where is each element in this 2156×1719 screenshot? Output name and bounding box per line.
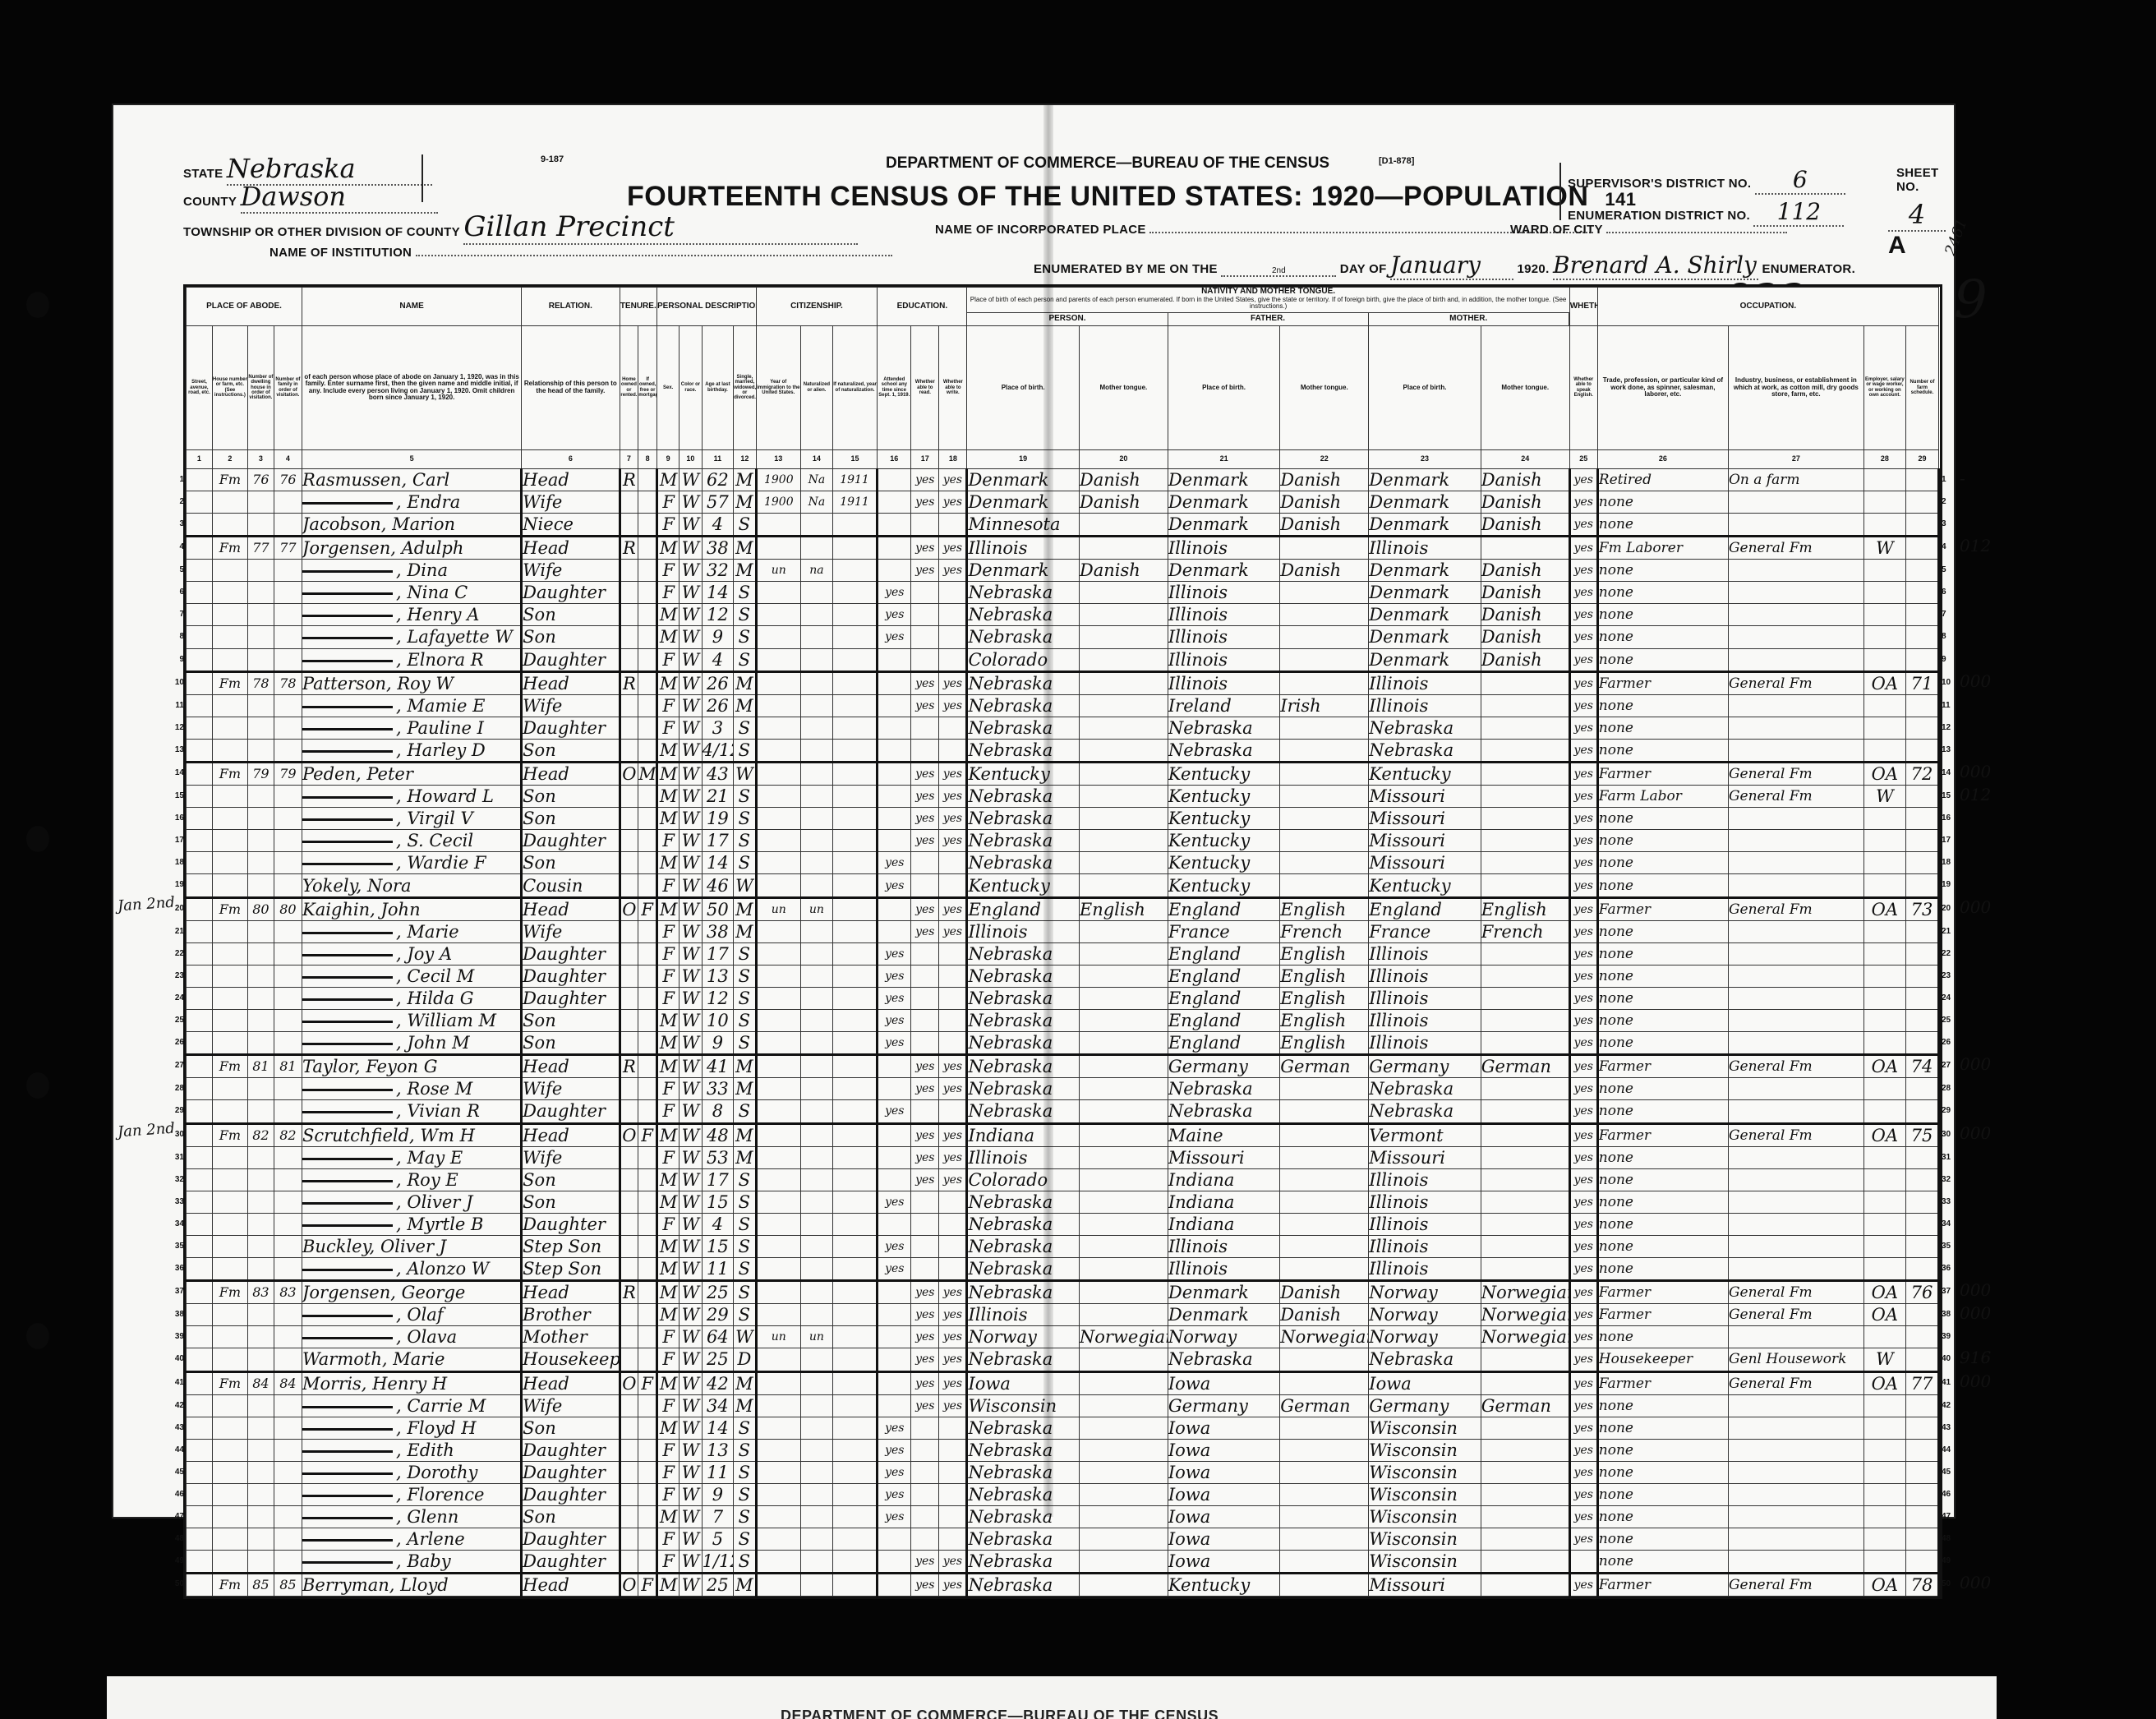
- mtongue-cell: Norwegian: [1481, 1281, 1569, 1304]
- owned-cell: [620, 1304, 638, 1326]
- surname: Jacobson,: [302, 514, 392, 534]
- mpob-cell: Illinois: [1369, 537, 1481, 560]
- industry-cell: [1728, 717, 1863, 739]
- ditto-mark: [302, 1517, 393, 1519]
- name-cell: , Rose M: [302, 1078, 522, 1100]
- mtongue-cell: [1481, 808, 1569, 830]
- given-name: Harley D: [407, 740, 485, 760]
- farm-cell: [1905, 920, 1938, 942]
- age-cell: 7: [702, 1506, 734, 1528]
- given-name: Marion: [392, 514, 455, 534]
- relation-cell: Wife: [522, 694, 620, 717]
- street-cell: [187, 1235, 213, 1257]
- district-box: Supervisor's District No. 6 Enumeration …: [1559, 163, 1939, 220]
- marital-cell: S: [734, 648, 756, 671]
- ftongue-cell: [1280, 1484, 1369, 1506]
- english-cell: yes: [1569, 694, 1597, 717]
- farm-cell: [1905, 1235, 1938, 1257]
- name-cell: , Glenn: [302, 1506, 522, 1528]
- read-cell: yes: [911, 1055, 939, 1078]
- street-cell: [187, 965, 213, 987]
- pob-cell: Nebraska: [967, 786, 1079, 808]
- age-cell: 8: [702, 1100, 734, 1123]
- english-cell: [1569, 1551, 1597, 1574]
- ftongue-cell: [1280, 1258, 1369, 1281]
- line-number-right: 38: [1942, 1310, 1958, 1319]
- given-name: William M: [407, 1011, 496, 1030]
- ditto-mark: [302, 1180, 393, 1182]
- nat-cell: [801, 1528, 833, 1551]
- write-cell: yes: [939, 491, 967, 513]
- immig-cell: [756, 1528, 801, 1551]
- mpob-cell: Illinois: [1369, 1032, 1481, 1055]
- mortgage-cell: [638, 582, 657, 604]
- street-cell: [187, 763, 213, 786]
- mpob-cell: Denmark: [1369, 582, 1481, 604]
- surname: Morris,: [302, 1374, 372, 1394]
- mortgage-cell: [638, 560, 657, 582]
- fpob-cell: Illinois: [1168, 1258, 1279, 1281]
- trade-cell: none: [1597, 1146, 1728, 1168]
- fpob-cell: Kentucky: [1168, 763, 1279, 786]
- mpob-cell: Illinois: [1369, 694, 1481, 717]
- mortgage-cell: [638, 671, 657, 694]
- immig-cell: [756, 1258, 801, 1281]
- dwelling-cell: [248, 874, 274, 897]
- street-cell: [187, 1168, 213, 1191]
- census-row: Warmoth, MarieHousekeeperFW25DyesyesNebr…: [187, 1348, 1939, 1371]
- divider: [422, 154, 423, 202]
- ditto-mark: [302, 637, 393, 639]
- line-number-left: 39: [173, 1332, 184, 1341]
- pob-cell: Nebraska: [967, 1032, 1079, 1055]
- sex-cell: M: [657, 604, 680, 626]
- read-cell: [911, 1235, 939, 1257]
- english-cell: yes: [1569, 830, 1597, 852]
- mpob-cell: Wisconsin: [1369, 1439, 1481, 1461]
- line-number-right: 24: [1942, 993, 1958, 1002]
- marital-cell: W: [734, 874, 756, 897]
- fpob-cell: Iowa: [1168, 1506, 1279, 1528]
- read-cell: yes: [911, 830, 939, 852]
- employ-cell: [1863, 739, 1905, 762]
- name-cell: Buckley, Oliver J: [302, 1235, 522, 1257]
- age-cell: 38: [702, 537, 734, 560]
- street-cell: [187, 626, 213, 648]
- trade-cell: none: [1597, 1417, 1728, 1439]
- mortgage-cell: [638, 468, 657, 491]
- immig-cell: [756, 965, 801, 987]
- read-cell: yes: [911, 786, 939, 808]
- sex-cell: M: [657, 1281, 680, 1304]
- mortgage-cell: [638, 739, 657, 762]
- farm-cell: [1905, 604, 1938, 626]
- dwelling-cell: [248, 1146, 274, 1168]
- employ-cell: OA: [1863, 1304, 1905, 1326]
- farm-cell: [1905, 1191, 1938, 1213]
- comma: ,: [396, 809, 407, 828]
- tongue-cell: [1079, 582, 1168, 604]
- line-number-right: 7: [1942, 610, 1958, 619]
- name-cell: Kaighin, John: [302, 897, 522, 920]
- abode-cell: [212, 626, 247, 648]
- fpob-cell: England: [1168, 1032, 1279, 1055]
- age-cell: 14: [702, 1417, 734, 1439]
- column-number: 14: [801, 449, 833, 468]
- mtongue-cell: [1481, 1032, 1569, 1055]
- census-row: , Pauline IDaughterFW3SNebraskaNebraskaN…: [187, 717, 1939, 739]
- race-cell: W: [680, 717, 702, 739]
- abode-cell: [212, 739, 247, 762]
- english-cell: yes: [1569, 1055, 1597, 1078]
- nat-cell: [801, 942, 833, 965]
- mortgage-cell: [638, 1235, 657, 1257]
- tongue-cell: [1079, 920, 1168, 942]
- school-cell: yes: [878, 852, 911, 874]
- census-title: FOURTEENTH CENSUS OF THE UNITED STATES: …: [627, 181, 1637, 213]
- form-number: 9-187: [541, 154, 564, 164]
- street-cell: [187, 1461, 213, 1483]
- race-cell: W: [680, 830, 702, 852]
- owned-cell: [620, 560, 638, 582]
- nat-cell: [801, 582, 833, 604]
- trade-cell: Fm Laborer: [1597, 537, 1728, 560]
- english-cell: yes: [1569, 491, 1597, 513]
- column-group-header: RELATION.: [522, 288, 620, 326]
- street-cell: [187, 1078, 213, 1100]
- dwelling-cell: [248, 1439, 274, 1461]
- owned-cell: [620, 1258, 638, 1281]
- read-cell: yes: [911, 808, 939, 830]
- line-number-left: 35: [173, 1242, 184, 1251]
- fpob-cell: Denmark: [1168, 513, 1279, 536]
- comma: ,: [396, 1192, 407, 1212]
- mpob-cell: Kentucky: [1369, 763, 1481, 786]
- sex-cell: M: [657, 763, 680, 786]
- ditto-mark: [302, 863, 393, 865]
- column-group-header: NATIVITY AND MOTHER TONGUE.Place of birt…: [967, 288, 1569, 326]
- column-group-header: PERSONAL DESCRIPTION.: [657, 288, 757, 326]
- sex-cell: F: [657, 1461, 680, 1483]
- marital-cell: S: [734, 987, 756, 1009]
- age-cell: 9: [702, 626, 734, 648]
- write-cell: [939, 739, 967, 762]
- comma: ,: [396, 605, 407, 624]
- nat-cell: [801, 739, 833, 762]
- given-name: Roy E: [407, 1170, 458, 1190]
- age-cell: 13: [702, 965, 734, 987]
- column-header: Employer, salary or wage worker, or work…: [1863, 325, 1905, 449]
- dwelling-cell: [248, 808, 274, 830]
- line-number-right: 22: [1942, 949, 1958, 958]
- nativity-heading: NATIVITY AND MOTHER TONGUE.: [967, 288, 1569, 297]
- marital-cell: S: [734, 1010, 756, 1032]
- write-cell: [939, 1100, 967, 1123]
- mpob-cell: Wisconsin: [1369, 1528, 1481, 1551]
- comma: ,: [396, 560, 407, 580]
- industry-cell: [1728, 1168, 1863, 1191]
- employ-cell: W: [1863, 537, 1905, 560]
- sex-cell: F: [657, 965, 680, 987]
- trade-cell: none: [1597, 1528, 1728, 1551]
- employ-cell: [1863, 1010, 1905, 1032]
- industry-cell: [1728, 852, 1863, 874]
- race-cell: W: [680, 1528, 702, 1551]
- farm-cell: [1905, 1461, 1938, 1483]
- tongue-cell: [1079, 1304, 1168, 1326]
- given-name: Carl: [412, 470, 449, 490]
- line-number-right: 32: [1942, 1175, 1958, 1184]
- occupation-code: 916: [1960, 1348, 1991, 1367]
- name-cell: , John M: [302, 1032, 522, 1055]
- write-cell: yes: [939, 1304, 967, 1326]
- age-cell: 64: [702, 1326, 734, 1348]
- dwelling-cell: 82: [248, 1123, 274, 1146]
- pob-cell: Nebraska: [967, 1191, 1079, 1213]
- employ-cell: [1863, 987, 1905, 1009]
- dwelling-cell: [248, 852, 274, 874]
- line-number-right: 17: [1942, 836, 1958, 845]
- industry-cell: On a farm: [1728, 468, 1863, 491]
- mtongue-cell: [1481, 537, 1569, 560]
- sex-cell: F: [657, 830, 680, 852]
- column-number: 8: [638, 449, 657, 468]
- pob-cell: Nebraska: [967, 1100, 1079, 1123]
- column-header: Mother tongue.: [1280, 325, 1369, 449]
- mtongue-cell: [1481, 1010, 1569, 1032]
- ftongue-cell: Danish: [1280, 491, 1369, 513]
- immig-cell: [756, 513, 801, 536]
- trade-cell: none: [1597, 1484, 1728, 1506]
- relation-cell: Daughter: [522, 965, 620, 987]
- natyear-cell: [832, 763, 878, 786]
- farm-cell: 78: [1905, 1574, 1938, 1597]
- marital-cell: S: [734, 1258, 756, 1281]
- column-group-header: WHETHER ABLE TO SPEAK ENGLISH.: [1569, 288, 1597, 326]
- english-cell: yes: [1569, 1078, 1597, 1100]
- sex-cell: F: [657, 1348, 680, 1371]
- write-cell: [939, 1213, 967, 1235]
- tongue-cell: Norwegian: [1079, 1326, 1168, 1348]
- industry-cell: [1728, 626, 1863, 648]
- mtongue-cell: Danish: [1481, 468, 1569, 491]
- fpob-cell: Denmark: [1168, 1281, 1279, 1304]
- abode-cell: Fm: [212, 1371, 247, 1394]
- owned-cell: [620, 1146, 638, 1168]
- race-cell: W: [680, 1100, 702, 1123]
- census-row: , Roy ESonMW17SyesyesColoradoIndianaIlli…: [187, 1168, 1939, 1191]
- race-cell: W: [680, 1235, 702, 1257]
- name-cell: Berryman, Lloyd: [302, 1574, 522, 1597]
- marital-cell: S: [734, 1461, 756, 1483]
- mortgage-cell: [638, 1055, 657, 1078]
- mpob-cell: Iowa: [1369, 1371, 1481, 1394]
- english-cell: yes: [1569, 648, 1597, 671]
- tongue-cell: [1079, 1528, 1168, 1551]
- ditto-mark: [302, 954, 393, 956]
- english-cell: yes: [1569, 1235, 1597, 1257]
- sex-cell: F: [657, 1484, 680, 1506]
- fpob-cell: England: [1168, 987, 1279, 1009]
- family-cell: 82: [274, 1123, 302, 1146]
- mortgage-cell: [638, 852, 657, 874]
- family-cell: [274, 1461, 302, 1483]
- name-cell: Jorgensen, Adulph: [302, 537, 522, 560]
- column-header: Home owned or rented.: [620, 325, 638, 449]
- family-cell: 83: [274, 1281, 302, 1304]
- line-number-right: 15: [1942, 791, 1958, 800]
- fpob-cell: England: [1168, 965, 1279, 987]
- census-row: Fm8484Morris, Henry HHeadOFMW42MyesyesIo…: [187, 1371, 1939, 1394]
- dwelling-cell: [248, 1461, 274, 1483]
- mtongue-cell: [1481, 852, 1569, 874]
- abode-cell: [212, 513, 247, 536]
- ftongue-cell: English: [1280, 987, 1369, 1009]
- english-cell: yes: [1569, 1371, 1597, 1394]
- school-cell: yes: [878, 1032, 911, 1055]
- street-cell: [187, 1304, 213, 1326]
- owned-cell: [620, 626, 638, 648]
- column-header: Whether able to speak English.: [1569, 325, 1597, 449]
- given-name: Floyd H: [407, 1418, 476, 1438]
- natyear-cell: [832, 1461, 878, 1483]
- family-cell: [274, 1506, 302, 1528]
- farm-cell: [1905, 987, 1938, 1009]
- relation-cell: Daughter: [522, 717, 620, 739]
- comma: ,: [396, 1259, 407, 1279]
- abode-cell: [212, 1484, 247, 1506]
- abode-cell: [212, 1100, 247, 1123]
- nat-cell: [801, 1281, 833, 1304]
- abode-cell: [212, 1439, 247, 1461]
- natyear-cell: [832, 560, 878, 582]
- ftongue-cell: [1280, 1100, 1369, 1123]
- natyear-cell: [832, 604, 878, 626]
- owned-cell: [620, 1100, 638, 1123]
- column-header: Number of family in order of visitation.: [274, 325, 302, 449]
- ditto-mark: [302, 592, 393, 595]
- marital-cell: S: [734, 1213, 756, 1235]
- fpob-cell: Norway: [1168, 1326, 1279, 1348]
- write-cell: [939, 1461, 967, 1483]
- relation-cell: Step Son: [522, 1235, 620, 1257]
- industry-cell: [1728, 648, 1863, 671]
- trade-cell: none: [1597, 1078, 1728, 1100]
- census-row: , Joy ADaughterFW17SyesNebraskaEnglandEn…: [187, 942, 1939, 965]
- column-header-row: Street, avenue, road, etc.House number o…: [187, 325, 1939, 449]
- census-row: Fm7878Patterson, Roy WHeadRMW26MyesyesNe…: [187, 671, 1939, 694]
- dwelling-cell: [248, 648, 274, 671]
- mtongue-cell: [1481, 1528, 1569, 1551]
- read-cell: yes: [911, 1168, 939, 1191]
- race-cell: W: [680, 582, 702, 604]
- trade-cell: none: [1597, 1551, 1728, 1574]
- street-cell: [187, 1574, 213, 1597]
- census-row: , Vivian RDaughterFW8SyesNebraskaNebrask…: [187, 1100, 1939, 1123]
- sex-cell: F: [657, 582, 680, 604]
- tongue-cell: [1079, 1123, 1168, 1146]
- read-cell: yes: [911, 671, 939, 694]
- line-number-left: 17: [173, 836, 184, 845]
- line-number-left: 11: [173, 701, 184, 710]
- read-cell: yes: [911, 763, 939, 786]
- mpob-cell: Missouri: [1369, 830, 1481, 852]
- census-row: , Harley DSonMW4/12SNebraskaNebraskaNebr…: [187, 739, 1939, 762]
- sex-cell: F: [657, 942, 680, 965]
- family-cell: 84: [274, 1371, 302, 1394]
- fpob-cell: Nebraska: [1168, 739, 1279, 762]
- write-cell: [939, 942, 967, 965]
- relation-cell: Head: [522, 897, 620, 920]
- census-row: , Elnora RDaughterFW4SColoradoIllinoisDe…: [187, 648, 1939, 671]
- age-cell: 15: [702, 1235, 734, 1257]
- industry-cell: [1728, 1235, 1863, 1257]
- dwelling-cell: [248, 1235, 274, 1257]
- line-number-left: 41: [173, 1378, 184, 1387]
- industry-cell: [1728, 1506, 1863, 1528]
- column-number: 2: [212, 449, 247, 468]
- english-cell: yes: [1569, 897, 1597, 920]
- name-cell: , Harley D: [302, 739, 522, 762]
- family-cell: [274, 808, 302, 830]
- read-cell: yes: [911, 1146, 939, 1168]
- relation-cell: Son: [522, 852, 620, 874]
- given-name: Dina: [407, 560, 448, 580]
- sheet-side: A: [1888, 232, 1906, 259]
- ftongue-cell: Danish: [1280, 560, 1369, 582]
- immig-cell: [756, 1484, 801, 1506]
- name-cell: Taylor, Feyon G: [302, 1055, 522, 1078]
- farm-cell: [1905, 1032, 1938, 1055]
- read-cell: [911, 1032, 939, 1055]
- write-cell: yes: [939, 1078, 967, 1100]
- read-cell: [911, 1528, 939, 1551]
- given-name: Virgil V: [407, 809, 472, 828]
- relation-cell: Niece: [522, 513, 620, 536]
- census-row: , Virgil VSonMW19SyesyesNebraskaKentucky…: [187, 808, 1939, 830]
- abode-cell: [212, 582, 247, 604]
- tongue-cell: [1079, 965, 1168, 987]
- relation-cell: Son: [522, 808, 620, 830]
- comma: ,: [396, 1418, 407, 1438]
- census-row: Yokely, NoraCousinFW46WyesKentuckyKentuc…: [187, 874, 1939, 897]
- mpob-cell: Illinois: [1369, 1213, 1481, 1235]
- sex-cell: F: [657, 1551, 680, 1574]
- farm-cell: 71: [1905, 671, 1938, 694]
- street-cell: [187, 830, 213, 852]
- column-number: 3: [248, 449, 274, 468]
- employ-cell: [1863, 1032, 1905, 1055]
- ditto-mark: [302, 1224, 393, 1227]
- school-cell: [878, 694, 911, 717]
- write-cell: yes: [939, 1146, 967, 1168]
- census-row: , Henry ASonMW12SyesNebraskaIllinoisDenm…: [187, 604, 1939, 626]
- immig-cell: [756, 1100, 801, 1123]
- age-cell: 26: [702, 671, 734, 694]
- write-cell: [939, 1258, 967, 1281]
- immig-cell: [756, 1191, 801, 1213]
- family-cell: [274, 942, 302, 965]
- fpob-cell: Denmark: [1168, 491, 1279, 513]
- name-cell: , Carrie M: [302, 1394, 522, 1417]
- marital-cell: S: [734, 942, 756, 965]
- read-cell: yes: [911, 1574, 939, 1597]
- mpob-cell: Nebraska: [1369, 739, 1481, 762]
- nat-cell: [801, 1551, 833, 1574]
- school-cell: [878, 560, 911, 582]
- mtongue-cell: Danish: [1481, 648, 1569, 671]
- owned-cell: [620, 1394, 638, 1417]
